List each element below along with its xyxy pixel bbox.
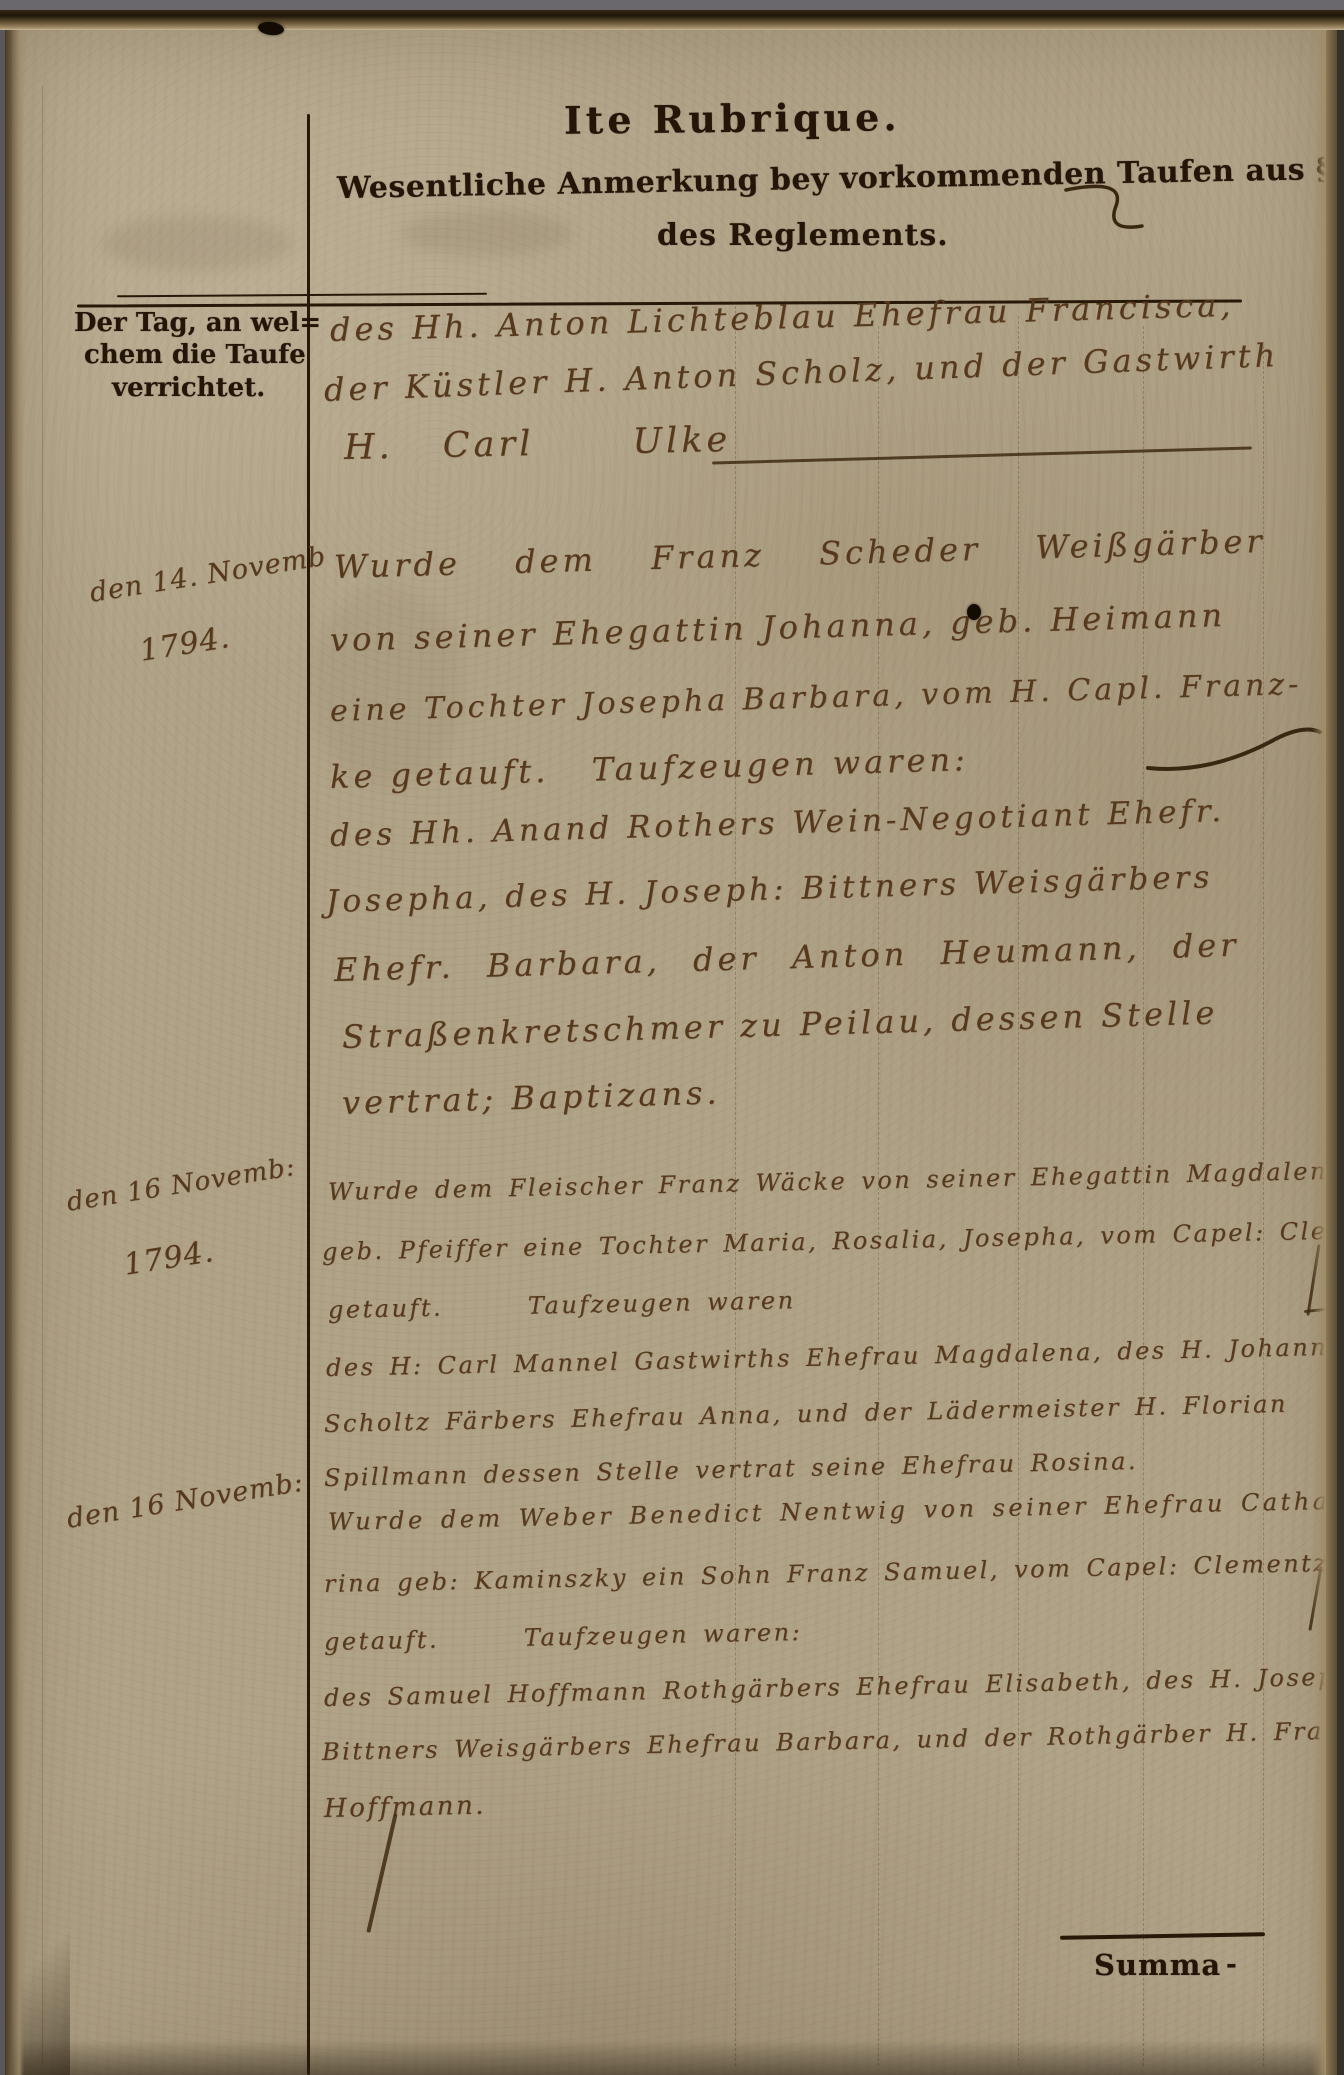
ink-flourish-header [1054, 176, 1149, 251]
handwritten-line: Wurde dem Franz Scheder Weißgärber [333, 522, 1266, 586]
scan-background-right [1337, 8, 1344, 2075]
ink-underline [712, 446, 1252, 464]
header-rule-short [117, 293, 487, 298]
rubric-title: Ite Rubrique. [564, 94, 901, 143]
handwritten-line: Wurde dem Fleischer Franz Wäcke von sein… [328, 1157, 1332, 1206]
entry-date: den 14. Novemb [88, 541, 329, 609]
summa-label: Summa [1094, 1948, 1221, 1982]
fold-line [878, 326, 879, 2066]
book-top-edge [0, 8, 1344, 30]
handwritten-line: der Küstler H. Anton Scholz, und der Gas… [323, 336, 1279, 409]
entry-date: den 16 Novemb: [65, 1152, 298, 1218]
page-edge-right [1326, 10, 1337, 2075]
regulation-note-line2: des Reglements. [657, 218, 949, 253]
page-edge-left [5, 12, 12, 2075]
handwritten-line: des Hh. Anand Rothers Wein-Negotiant Ehe… [329, 793, 1225, 854]
date-column-header-line1: Der Tag, an wel= [74, 308, 321, 338]
entry-date: den 16 Novemb: [65, 1467, 306, 1535]
handwritten-line: des Hh. Anton Lichteblau Ehefrau Francis… [329, 286, 1234, 349]
page-scan: Ite Rubrique. Wesentliche Anmerkung bey … [0, 0, 1344, 2075]
bleedthrough-smudge [402, 211, 572, 256]
handwritten-line: Hoffmann. [324, 1791, 487, 1824]
page-edge-right [1312, 12, 1326, 2075]
fold-line [1263, 346, 1264, 2066]
handwritten-line: Straßenkretschmer zu Peilau, dessen Stel… [341, 994, 1218, 1056]
page-edge-bottom [0, 2040, 1344, 2075]
register-page: Ite Rubrique. Wesentliche Anmerkung bey … [12, 26, 1332, 2075]
handwritten-line: Spillmann dessen Stelle vertrat seine Eh… [324, 1447, 1139, 1492]
bleedthrough-smudge [102, 216, 292, 271]
entry-date: 1794. [121, 1234, 216, 1283]
handwritten-line: H. Carl Ulke [344, 420, 732, 468]
handwritten-line: getauft. Taufzeugen waren: [324, 1618, 803, 1656]
handwritten-line: des Samuel Hoffmann Rothgärbers Ehefrau … [324, 1662, 1332, 1712]
regulation-note-line1: Wesentliche Anmerkung bey vorkommenden T… [337, 151, 1332, 206]
entry-date: 1794. [137, 620, 232, 669]
handwritten-line: eine Tochter Josepha Barbara, vom H. Cap… [330, 667, 1303, 729]
paper-hole [967, 604, 981, 620]
date-column-header-line3: verrichtet. [112, 373, 265, 403]
handwritten-line: rina geb: Kaminszky ein Sohn Franz Samue… [324, 1549, 1329, 1598]
page-edge-left [12, 14, 24, 2075]
crease-line [42, 86, 43, 2066]
handwritten-line: geb. Pfeiffer eine Tochter Maria, Rosali… [322, 1215, 1332, 1266]
column-divider-rule [307, 114, 310, 2075]
date-column-header-line2: chem die Taufe [84, 340, 306, 370]
scan-background-left [0, 10, 5, 2075]
handwritten-line: von seiner Ehegattin Johanna, geb. Heima… [329, 596, 1226, 659]
handwritten-line: Wurde dem Weber Benedict Nentwig von sei… [328, 1487, 1332, 1536]
summa-rule [1060, 1932, 1265, 1940]
summa-mark: - [1226, 1950, 1237, 1980]
ink-pen-stroke [366, 1813, 397, 1933]
ink-flourish [1142, 724, 1332, 794]
handwritten-line: getauft. Taufzeugen waren [328, 1286, 796, 1324]
scan-background-top [0, 0, 1344, 10]
handwritten-line: Ehefr. Barbara, der Anton Heumann, der [333, 926, 1239, 989]
handwritten-line: des H: Carl Mannel Gastwirths Ehefrau Ma… [326, 1333, 1329, 1382]
handwritten-line: Josepha, des H. Joseph: Bittners Weisgär… [325, 859, 1213, 920]
handwritten-line: vertrat; Baptizans. [341, 1073, 721, 1122]
fold-line [1143, 326, 1144, 2066]
handwritten-line: Bittners Weisgärbers Ehefrau Barbara, un… [322, 1716, 1332, 1766]
